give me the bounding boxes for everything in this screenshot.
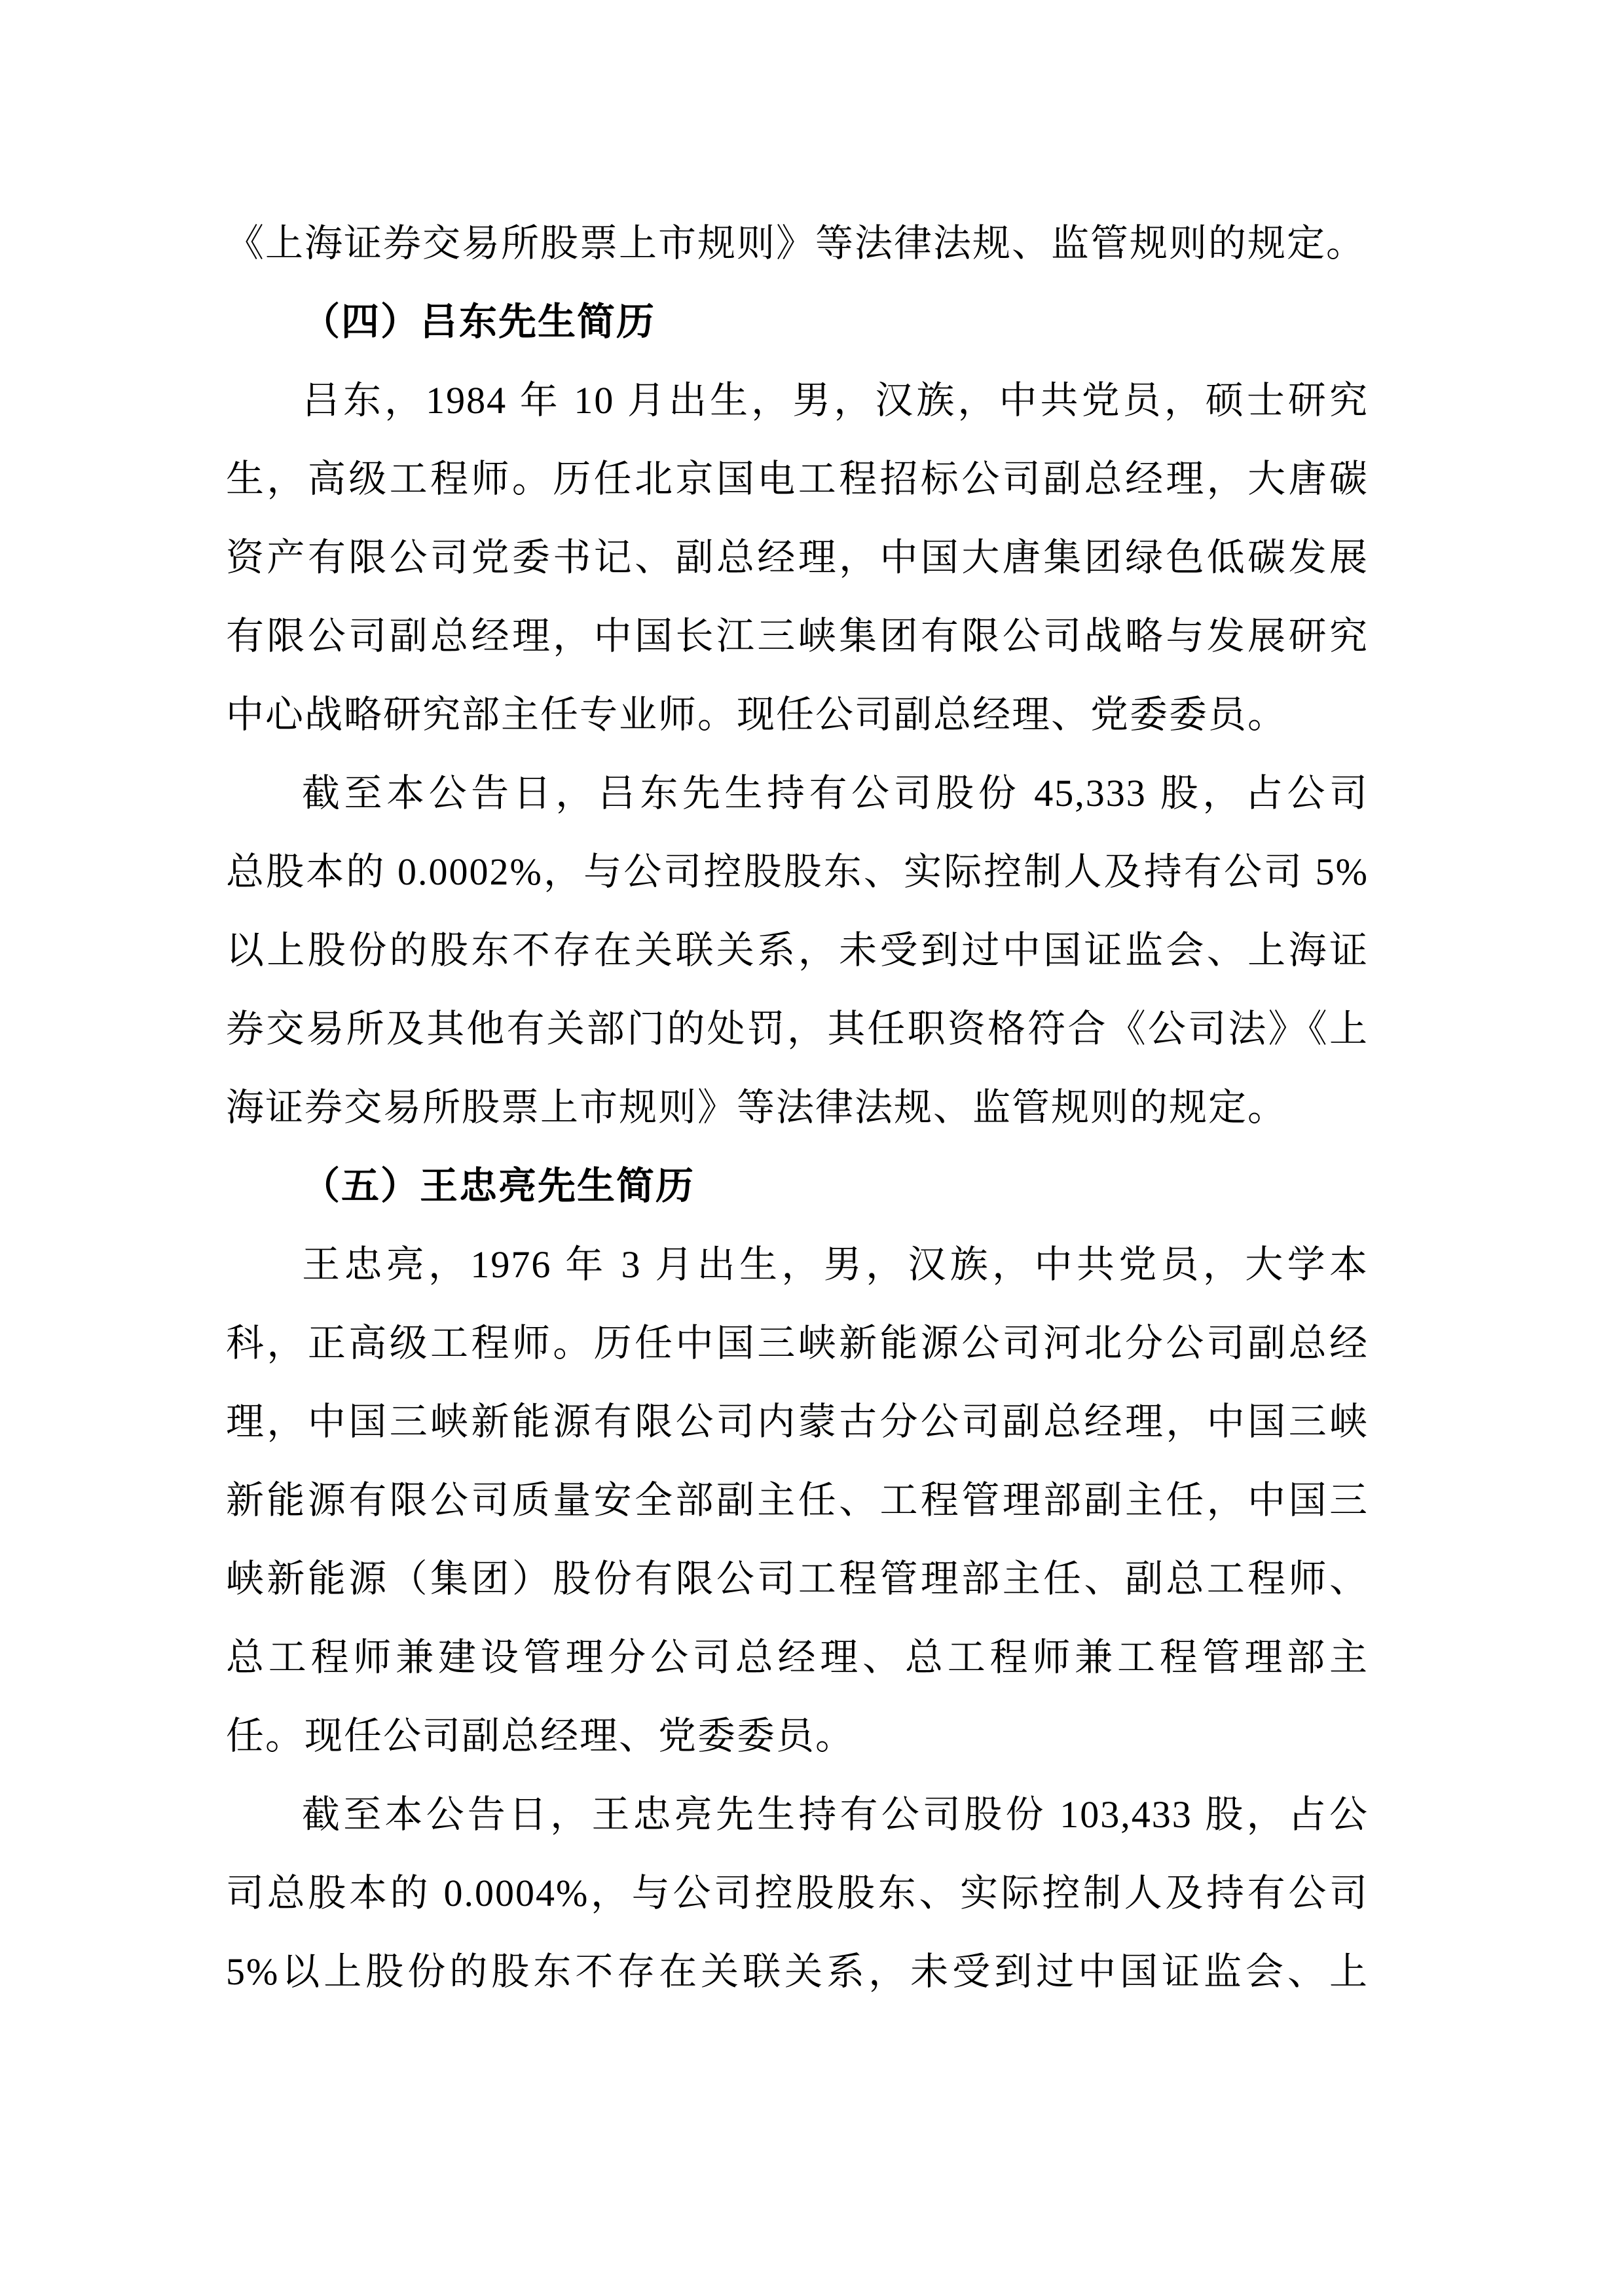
body-line: 生，高级工程师。历任北京国电工程招标公司副总经理，大唐碳 bbox=[226, 440, 1369, 519]
body-line: 吕东，1984 年 10 月出生，男，汉族，中共党员，硕士研究 bbox=[226, 361, 1369, 440]
body-line: 科，正高级工程师。历任中国三峡新能源公司河北分公司副总经 bbox=[226, 1304, 1369, 1383]
body-line: 任。现任公司副总经理、党委委员。 bbox=[226, 1697, 1369, 1776]
body-line: 5%以上股份的股东不存在关联关系，未受到过中国证监会、上 bbox=[226, 1933, 1369, 2011]
body-line: 截至本公告日，王忠亮先生持有公司股份 103,433 股，占公 bbox=[226, 1776, 1369, 1854]
body-line: 司总股本的 0.0004%，与公司控股股东、实际控制人及持有公司 bbox=[226, 1854, 1369, 1933]
body-line: 峡新能源（集团）股份有限公司工程管理部主任、副总工程师、 bbox=[226, 1540, 1369, 1618]
body-line: 资产有限公司党委书记、副总经理，中国大唐集团绿色低碳发展 bbox=[226, 519, 1369, 597]
body-line: 王忠亮，1976 年 3 月出生，男，汉族，中共党员，大学本 bbox=[226, 1226, 1369, 1304]
document-page: 《上海证券交易所股票上市规则》等法律法规、监管规则的规定。 （四）吕东先生简历 … bbox=[0, 0, 1624, 2296]
body-line: 《上海证券交易所股票上市规则》等法律法规、监管规则的规定。 bbox=[226, 204, 1369, 283]
body-line: 海证券交易所股票上市规则》等法律法规、监管规则的规定。 bbox=[226, 1068, 1369, 1147]
body-line: 券交易所及其他有关部门的处罚，其任职资格符合《公司法》《上 bbox=[226, 990, 1369, 1068]
body-line: 以上股份的股东不存在关联关系，未受到过中国证监会、上海证 bbox=[226, 911, 1369, 990]
section-heading-4: （四）吕东先生简历 bbox=[226, 283, 1369, 361]
body-line: 新能源有限公司质量安全部副主任、工程管理部副主任，中国三 bbox=[226, 1461, 1369, 1540]
section-heading-5: （五）王忠亮先生简历 bbox=[226, 1147, 1369, 1226]
body-line: 中心战略研究部主任专业师。现任公司副总经理、党委委员。 bbox=[226, 676, 1369, 754]
text-column: 《上海证券交易所股票上市规则》等法律法规、监管规则的规定。 （四）吕东先生简历 … bbox=[226, 204, 1369, 2011]
body-line: 理，中国三峡新能源有限公司内蒙古分公司副总经理，中国三峡 bbox=[226, 1383, 1369, 1461]
body-line: 有限公司副总经理，中国长江三峡集团有限公司战略与发展研究 bbox=[226, 597, 1369, 676]
body-line: 总工程师兼建设管理分公司总经理、总工程师兼工程管理部主 bbox=[226, 1618, 1369, 1697]
body-line: 截至本公告日，吕东先生持有公司股份 45,333 股，占公司 bbox=[226, 754, 1369, 833]
body-line: 总股本的 0.0002%，与公司控股股东、实际控制人及持有公司 5% bbox=[226, 833, 1369, 911]
